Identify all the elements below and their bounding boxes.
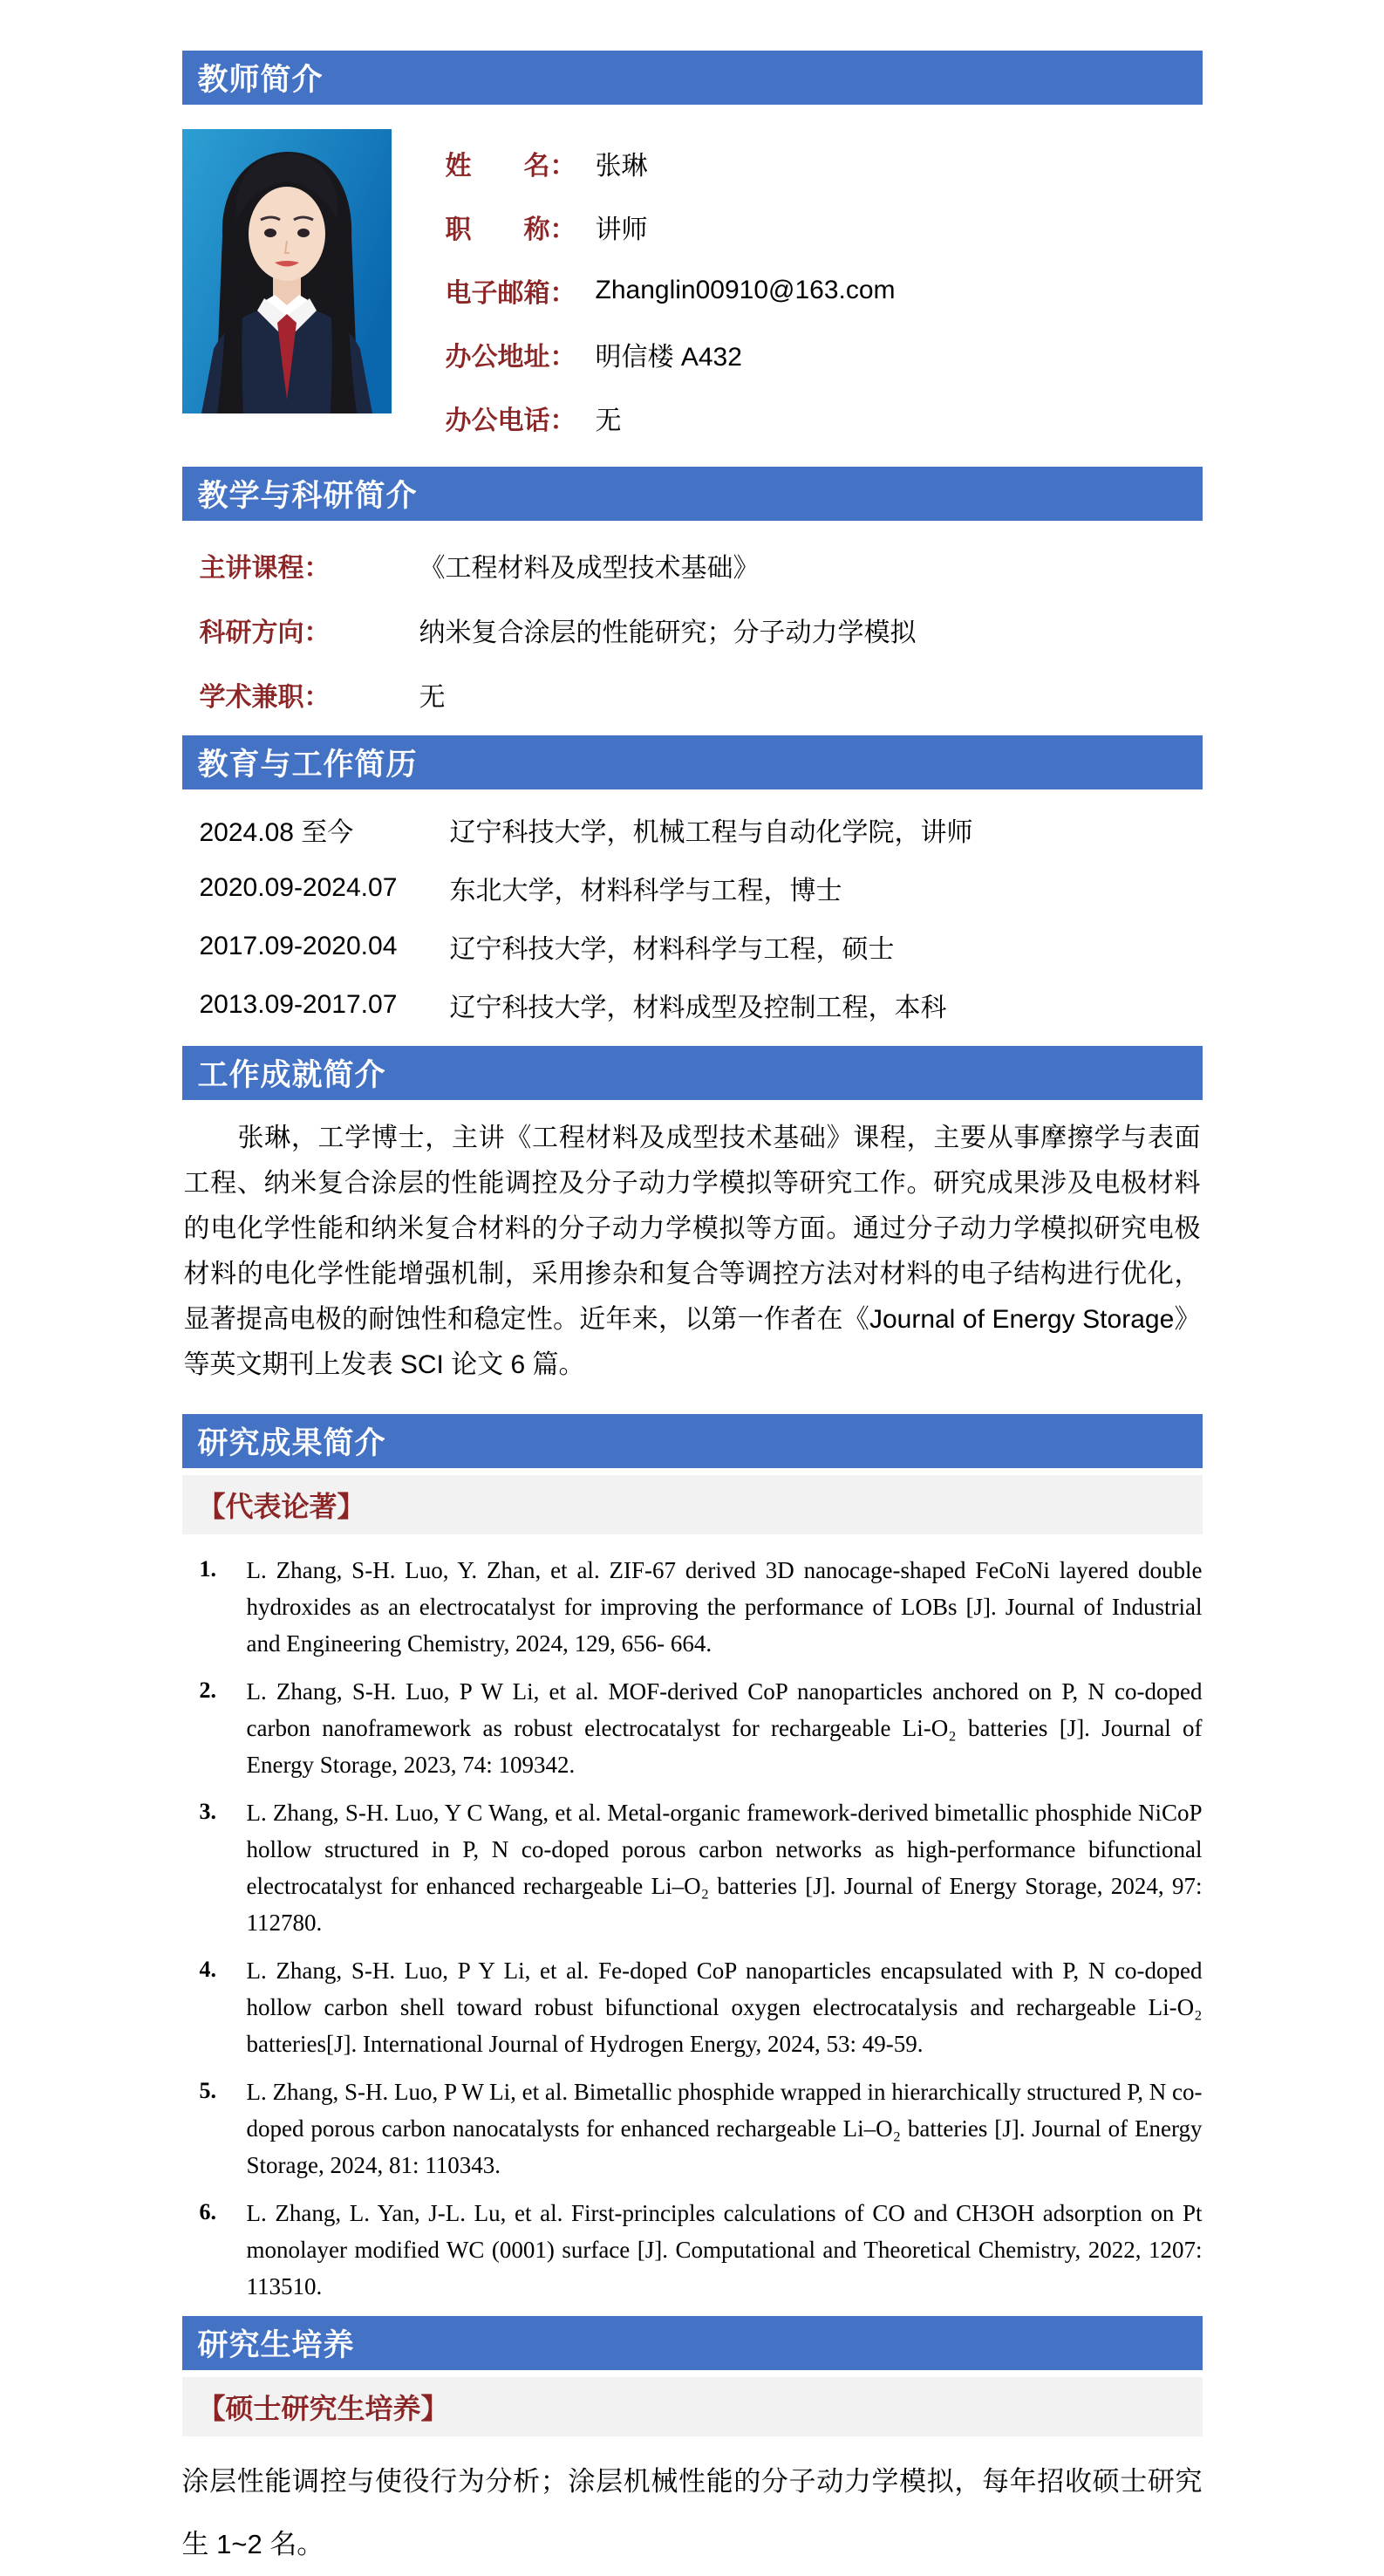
teaching-research-value: 纳米复合涂层的性能研究；分子动力学模拟: [419, 611, 917, 649]
teaching-research-value: 无: [419, 675, 446, 714]
profile-field-row: 职 称： 讲师: [446, 195, 896, 258]
publication-item: L. Zhang, L. Yan, J-L. Lu, et al. First-…: [182, 2195, 1203, 2305]
teaching-research-label: 科研方向：: [200, 611, 419, 649]
profile-field-value: Zhanglin00910@163.com: [596, 276, 896, 305]
profile-field-label: 职 称：: [446, 208, 596, 246]
section-title-research-outputs: 研究成果简介: [198, 1419, 386, 1463]
profile-section: 姓 名： 张琳 职 称： 讲师 电子邮箱： Zhanglin00910@163.…: [182, 129, 1203, 449]
section-title-teacher-intro: 教师简介: [198, 56, 324, 99]
section-bar-teacher-intro: 教师简介: [182, 51, 1203, 105]
publication-item: L. Zhang, S-H. Luo, P W Li, et al. Bimet…: [182, 2074, 1203, 2183]
education-period: 2017.09-2020.04: [200, 932, 450, 961]
profile-photo: [182, 129, 392, 413]
section-bar-teaching-research: 教学与科研简介: [182, 467, 1203, 521]
profile-field-row: 办公电话： 无: [446, 386, 896, 449]
teaching-research-value: 《工程材料及成型技术基础》: [419, 546, 760, 584]
section-title-teaching-research: 教学与科研简介: [198, 472, 418, 516]
publication-item: L. Zhang, S-H. Luo, P Y Li, et al. Fe-do…: [182, 1952, 1203, 2062]
profile-field-row: 姓 名： 张琳: [446, 131, 896, 195]
section-title-graduate-training: 研究生培养: [198, 2321, 355, 2365]
section-bar-education-work: 教育与工作简历: [182, 735, 1203, 789]
subsection-bar-master-training: 【硕士研究生培养】: [182, 2377, 1203, 2436]
teaching-research-row: 主讲课程： 《工程材料及成型技术基础》: [182, 533, 1203, 598]
section-bar-research-outputs: 研究成果简介: [182, 1414, 1203, 1468]
teaching-research-label: 主讲课程：: [200, 546, 419, 584]
education-period: 2024.08 至今: [200, 810, 450, 849]
education-work-rows: 2024.08 至今 辽宁科技大学，机械工程与自动化学院，讲师 2020.09-…: [182, 789, 1203, 1046]
education-period: 2020.09-2024.07: [200, 873, 450, 903]
face: [249, 187, 325, 281]
profile-field-value: 明信楼 A432: [596, 335, 742, 373]
section-title-education-work: 教育与工作简历: [198, 741, 418, 784]
teaching-research-rows: 主讲课程： 《工程材料及成型技术基础》 科研方向： 纳米复合涂层的性能研究；分子…: [182, 521, 1203, 735]
section-bar-graduate-training: 研究生培养: [182, 2316, 1203, 2370]
profile-field-label: 电子邮箱：: [446, 271, 596, 310]
education-detail: 辽宁科技大学，机械工程与自动化学院，讲师: [450, 810, 973, 849]
teaching-research-label: 学术兼职：: [200, 675, 419, 714]
publication-item: L. Zhang, S-H. Luo, Y C Wang, et al. Met…: [182, 1794, 1203, 1941]
publication-item: L. Zhang, S-H. Luo, Y. Zhan, et al. ZIF-…: [182, 1552, 1203, 1662]
profile-field-row: 办公地址： 明信楼 A432: [446, 322, 896, 386]
education-work-row: 2020.09-2024.07 东北大学，材料科学与工程，博士: [182, 858, 1203, 917]
portrait-illustration: [182, 129, 392, 413]
profile-field-value: 讲师: [596, 208, 648, 246]
education-work-row: 2024.08 至今 辽宁科技大学，机械工程与自动化学院，讲师: [182, 800, 1203, 858]
education-work-row: 2013.09-2017.07 辽宁科技大学，材料成型及控制工程，本科: [182, 975, 1203, 1034]
profile-fields: 姓 名： 张琳 职 称： 讲师 电子邮箱： Zhanglin00910@163.…: [446, 129, 896, 449]
eye-left: [264, 229, 276, 237]
profile-field-row: 电子邮箱： Zhanglin00910@163.com: [446, 258, 896, 322]
eye-right: [297, 229, 310, 237]
subsection-title-master-training: 【硕士研究生培养】: [198, 2387, 449, 2427]
teaching-research-row: 学术兼职： 无: [182, 662, 1203, 727]
subsection-bar-representative-publications: 【代表论著】: [182, 1475, 1203, 1534]
achievements-paragraph: 张琳，工学博士，主讲《工程材料及成型技术基础》课程，主要从事摩擦学与表面工程、纳…: [184, 1116, 1201, 1388]
page-content: 教师简介: [182, 0, 1203, 2576]
profile-field-label: 办公地址：: [446, 335, 596, 373]
education-period: 2013.09-2017.07: [200, 990, 450, 1020]
education-detail: 辽宁科技大学，材料成型及控制工程，本科: [450, 986, 947, 1024]
education-detail: 辽宁科技大学，材料科学与工程，硕士: [450, 927, 895, 966]
education-work-row: 2017.09-2020.04 辽宁科技大学，材料科学与工程，硕士: [182, 917, 1203, 975]
section-title-achievements: 工作成就简介: [198, 1051, 386, 1095]
graduate-training-description: 涂层性能调控与使役行为分析；涂层机械性能的分子动力学模拟，每年招收硕士研究生 1…: [182, 2450, 1203, 2576]
profile-field-value: 张琳: [596, 144, 648, 182]
subsection-title-representative-publications: 【代表论著】: [198, 1485, 365, 1525]
teaching-research-row: 科研方向： 纳米复合涂层的性能研究；分子动力学模拟: [182, 598, 1203, 662]
profile-field-label: 姓 名：: [446, 144, 596, 182]
profile-field-value: 无: [596, 399, 622, 437]
publication-list: L. Zhang, S-H. Luo, Y. Zhan, et al. ZIF-…: [182, 1552, 1203, 2305]
profile-field-label: 办公电话：: [446, 399, 596, 437]
publication-item: L. Zhang, S-H. Luo, P W Li, et al. MOF-d…: [182, 1673, 1203, 1783]
education-detail: 东北大学，材料科学与工程，博士: [450, 869, 842, 907]
section-bar-achievements: 工作成就简介: [182, 1046, 1203, 1100]
